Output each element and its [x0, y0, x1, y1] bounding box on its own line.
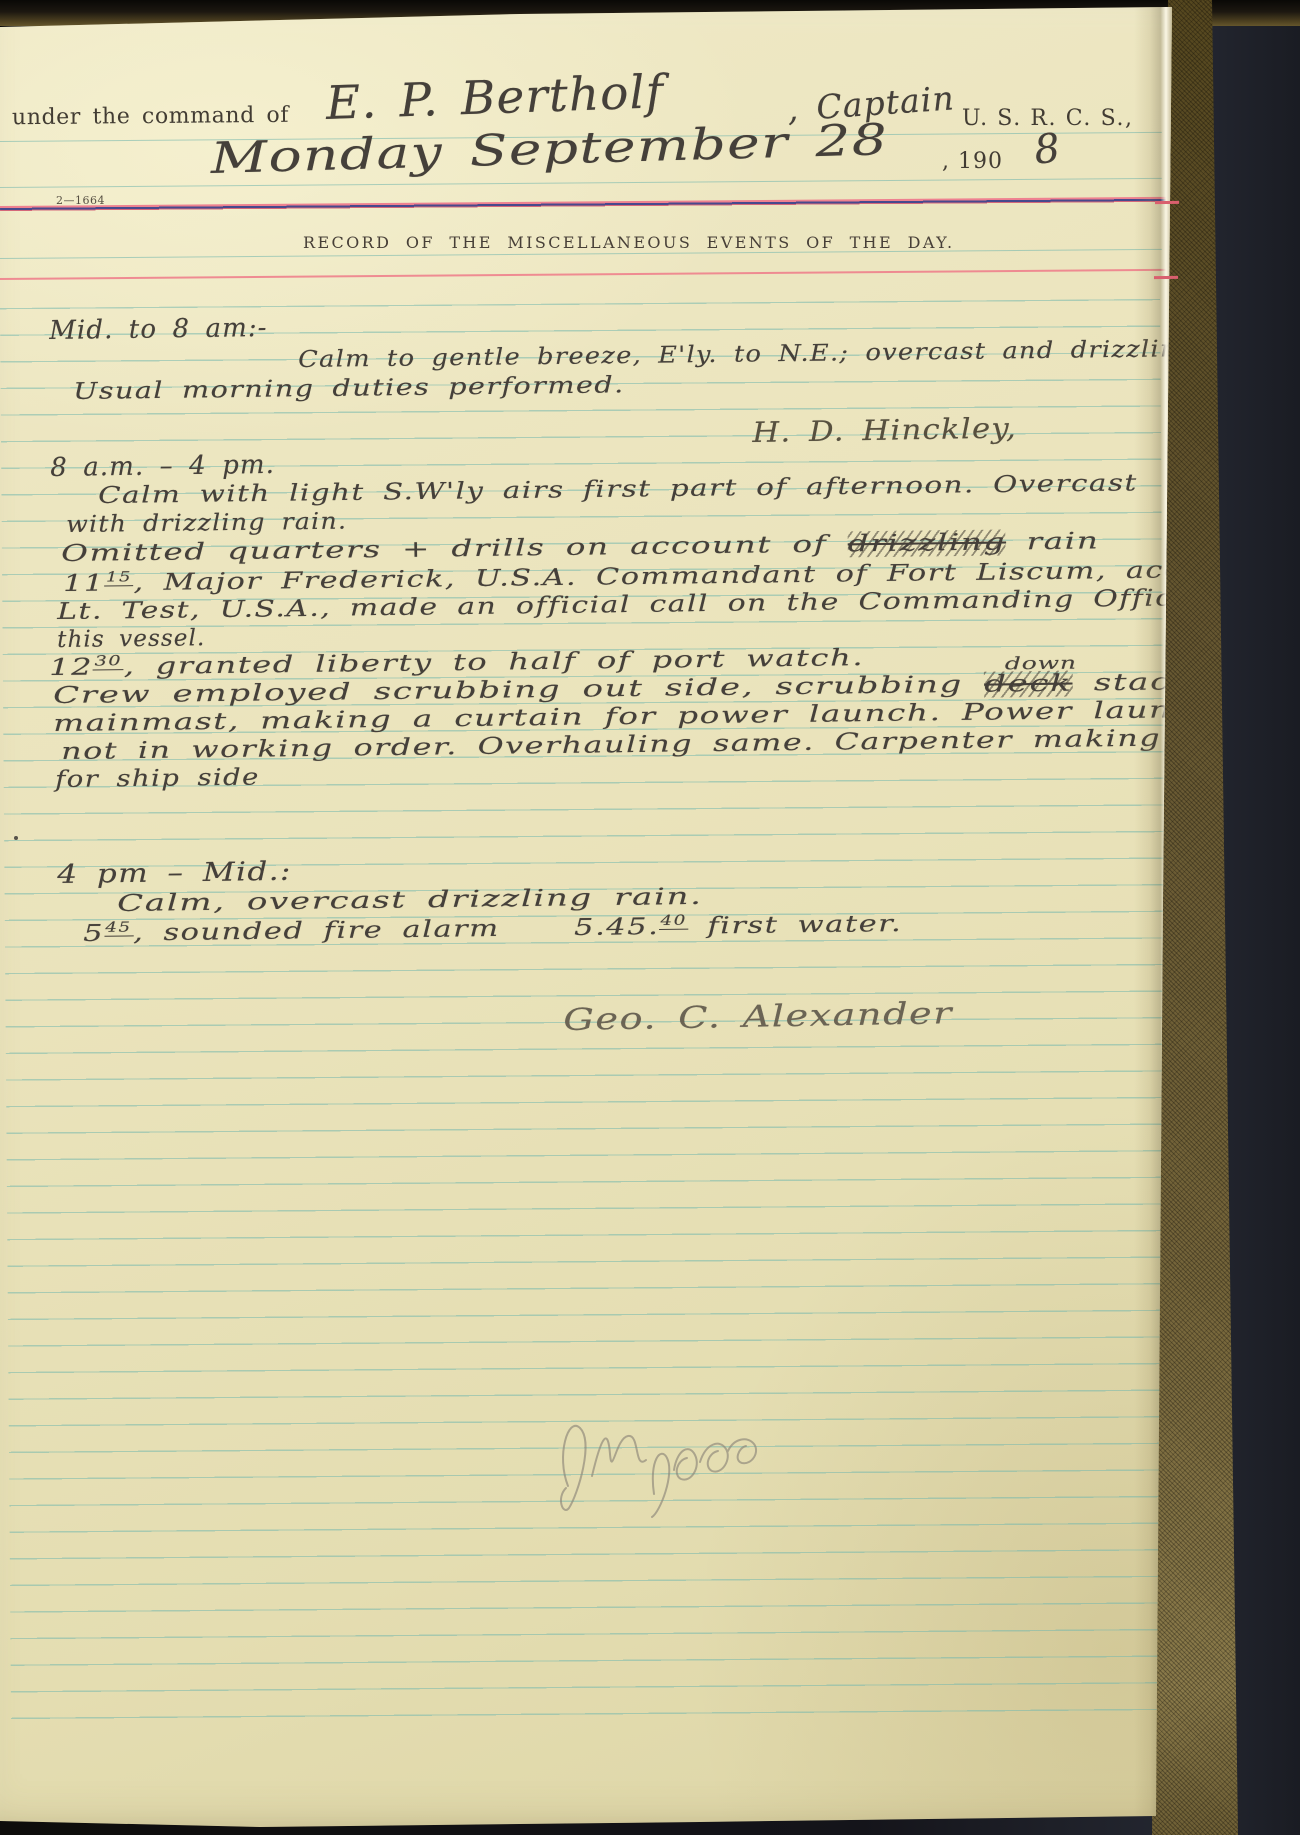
page-title: RECORD OF THE MISCELLANEOUS EVENTS OF TH…: [303, 233, 955, 252]
edge-rule-tick: [1154, 276, 1178, 279]
commander-signature: E. P. Bertholf: [325, 64, 665, 130]
log-line: with drizzling rain.: [66, 509, 347, 538]
double-pink-rule: [0, 197, 1166, 212]
officer-signature: Geo. C. Alexander: [563, 996, 953, 1038]
single-pink-rule: [0, 269, 1166, 281]
log-line: this vessel.: [57, 625, 206, 653]
preprinted-command-label: under the command of: [12, 103, 289, 130]
correction: downdeck: [984, 671, 1072, 698]
time-hours: 11: [63, 570, 105, 597]
line-text: first water.: [688, 911, 902, 940]
time-seconds-superscript: 40: [659, 913, 688, 930]
ink-dot: [14, 836, 18, 840]
struck-word: drizzling: [848, 529, 1007, 557]
time-hours: 5: [83, 921, 104, 947]
year-digit-handwritten: 8: [1032, 125, 1063, 174]
struck-word: deck: [984, 671, 1072, 698]
spacing-gap: [500, 935, 574, 936]
log-line: for ship side: [55, 765, 260, 793]
form-number: 2—1664: [56, 194, 105, 207]
time-hours: 12: [49, 654, 93, 681]
logbook-scan: under the command of U. S. R. C. S., , 1…: [0, 0, 1300, 1835]
line-text: , sounded fire alarm: [133, 916, 500, 946]
time-minutes-superscript: 45: [104, 919, 133, 936]
watch-heading: 4 pm – Mid.:: [57, 857, 292, 890]
officer-signature: H. D. Hinckley,: [752, 411, 1017, 449]
pencil-scribble: [548, 1398, 783, 1518]
line-text: rain: [1006, 528, 1100, 555]
date-handwritten: Monday September 28: [210, 115, 889, 184]
preprinted-year: , 190: [942, 149, 1003, 174]
watch-heading: 8 a.m. – 4 pm.: [50, 450, 275, 483]
edge-rule-tick: [1155, 201, 1179, 204]
time-hours: 5.45.: [574, 914, 659, 941]
time-minutes-superscript: 30: [93, 653, 124, 670]
watch-heading: Mid. to 8 am:-: [49, 313, 268, 346]
time-minutes-superscript: 15: [105, 569, 134, 586]
ruled-line: [0, 178, 1162, 189]
logbook-page: under the command of U. S. R. C. S., , 1…: [0, 0, 1240, 1835]
